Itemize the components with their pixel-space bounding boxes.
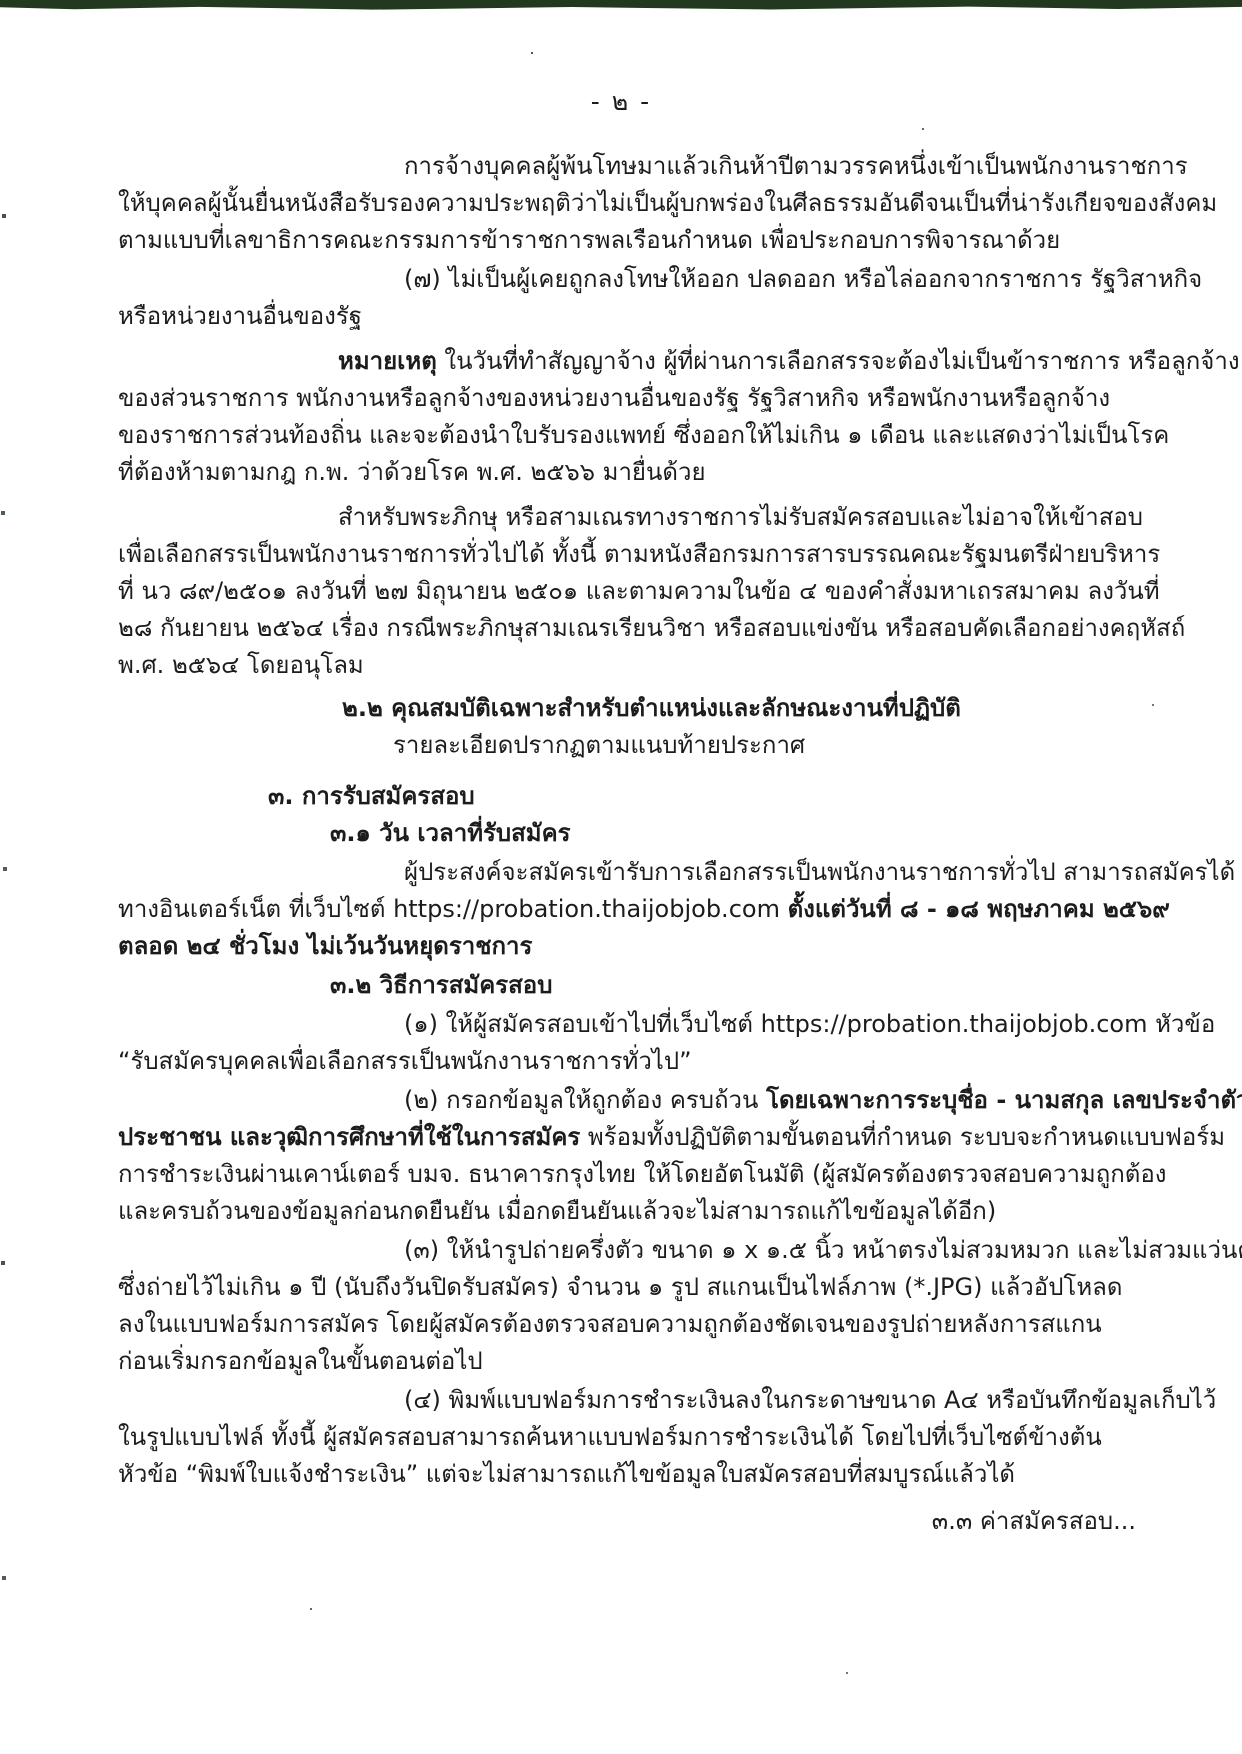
text-line: ผู้ประสงค์จะสมัครเข้ารับการเลือกสรรเป็นพ… (404, 854, 1136, 891)
text-line: การชำระเงินผ่านเคาน์เตอร์ บมจ. ธนาคารกรุ… (118, 1156, 1136, 1193)
scanned-document-page: - ๒ - การจ้างบุคคลผู้พ้นโทษมาแล้วเกินห้า… (0, 0, 1242, 1754)
text-line: หัวข้อ “พิมพ์ใบแจ้งชำระเงิน” แต่จะไม่สาม… (118, 1456, 1136, 1493)
continuation-note: ๓.๓ ค่าสมัครสอบ... (118, 1503, 1136, 1540)
text-line: หมายเหตุ ในวันที่ทำสัญญาจ้าง ผู้ที่ผ่านก… (338, 343, 1136, 380)
text-segment: การชำระเงินผ่านเคาน์เตอร์ บมจ. ธนาคารกรุ… (118, 1160, 1167, 1188)
text-segment: ๒๘ กันยายน ๒๕๖๔ เรื่อง กรณีพระภิกษุสามเณ… (118, 614, 1185, 642)
text-line: (๒) กรอกข้อมูลให้ถูกต้อง ครบถ้วน โดยเฉพา… (404, 1082, 1136, 1119)
text-segment: ทางอินเตอร์เน็ต ที่เว็บไซต์ https://prob… (118, 895, 788, 923)
text-line: เพื่อเลือกสรรเป็นพนักงานราชการทั่วไปได้ … (118, 536, 1136, 573)
text-segment: ในรูปแบบไฟล์ ทั้งนี้ ผู้สมัครสอบสามารถค้… (118, 1423, 1102, 1451)
text-line: สำหรับพระภิกษุ หรือสามเณรทางราชการไม่รับ… (338, 499, 1136, 536)
text-line: (๓) ให้นำรูปถ่ายครึ่งตัว ขนาด ๑ x ๑.๕ นิ… (404, 1232, 1136, 1269)
text-segment: ลงในแบบฟอร์มการสมัคร โดยผู้สมัครต้องตรวจ… (118, 1310, 1102, 1338)
text-segment: ของราชการส่วนท้องถิ่น และจะต้องนำใบรับรอ… (118, 421, 1169, 449)
text-segment: ที่ นว ๘๙/๒๕๐๑ ลงวันที่ ๒๗ มิถุนายน ๒๕๐๑… (118, 577, 1160, 605)
text-line: (๗) ไม่เป็นผู้เคยถูกลงโทษให้ออก ปลดออก ห… (404, 261, 1136, 298)
text-line: ของส่วนราชการ พนักงานหรือลูกจ้างของหน่วย… (118, 380, 1136, 417)
text-line: ให้บุคคลผู้นั้นยื่นหนังสือรับรองความประพ… (118, 185, 1136, 222)
text-segment: (๗) ไม่เป็นผู้เคยถูกลงโทษให้ออก ปลดออก ห… (404, 265, 1202, 293)
text-segment: พ.ศ. ๒๕๖๔ โดยอนุโลม (118, 651, 364, 679)
bold-text-segment: ตั้งแต่วันที่ ๘ - ๑๘ พฤษภาคม ๒๕๖๙ (788, 895, 1170, 923)
text-segment: ในวันที่ทำสัญญาจ้าง ผู้ที่ผ่านการเลือกสร… (437, 347, 1240, 375)
section-heading: ๓.๒ วิธีการสมัครสอบ (330, 967, 1136, 1004)
text-segment: ของส่วนราชการ พนักงานหรือลูกจ้างของหน่วย… (118, 384, 1110, 412)
bold-text-segment: หมายเหตุ (338, 347, 437, 375)
text-segment: “รับสมัครบุคคลเพื่อเลือกสรรเป็นพนักงานรา… (118, 1047, 692, 1075)
text-segment: การจ้างบุคคลผู้พ้นโทษมาแล้วเกินห้าปีตามว… (404, 152, 1188, 180)
text-line: (๔) พิมพ์แบบฟอร์มการชำระเงินลงในกระดาษขน… (404, 1382, 1136, 1419)
text-segment: พร้อมทั้งปฏิบัติตามขั้นตอนที่กำหนด ระบบจ… (580, 1123, 1225, 1151)
text-line: หรือหน่วยงานอื่นของรัฐ (118, 298, 1136, 335)
bold-text-segment: ตลอด ๒๔ ชั่วโมง ไม่เว้นวันหยุดราชการ (118, 932, 532, 960)
text-segment: ก่อนเริ่มกรอกข้อมูลในขั้นตอนต่อไป (118, 1347, 483, 1375)
bold-text-segment: ๓. การรับสมัครสอบ (268, 782, 475, 810)
text-line: ตามแบบที่เลขาธิการคณะกรรมการข้าราชการพลเ… (118, 222, 1136, 259)
text-segment: หรือหน่วยงานอื่นของรัฐ (118, 302, 362, 330)
text-line: ประชาชน และวุฒิการศึกษาที่ใช้ในการสมัคร … (118, 1119, 1136, 1156)
text-segment: ผู้ประสงค์จะสมัครเข้ารับการเลือกสรรเป็นพ… (404, 858, 1235, 886)
text-line: ทางอินเตอร์เน็ต ที่เว็บไซต์ https://prob… (118, 891, 1136, 928)
text-segment: ที่ต้องห้ามตามกฎ ก.พ. ว่าด้วยโรค พ.ศ. ๒๕… (118, 458, 706, 486)
text-segment: ซึ่งถ่ายไว้ไม่เกิน ๑ ปี (นับถึงวันปิดรับ… (118, 1273, 1122, 1301)
text-segment: ให้บุคคลผู้นั้นยื่นหนังสือรับรองความประพ… (118, 189, 1217, 217)
bold-text-segment: โดยเฉพาะการระบุชื่อ - นามสกุล เลขประจำตั… (766, 1086, 1242, 1114)
text-line: ๒๘ กันยายน ๒๕๖๔ เรื่อง กรณีพระภิกษุสามเณ… (118, 610, 1136, 647)
text-line: ตลอด ๒๔ ชั่วโมง ไม่เว้นวันหยุดราชการ (118, 928, 1136, 965)
scanner-edge-artifact (0, 0, 1242, 11)
text-line: ในรูปแบบไฟล์ ทั้งนี้ ผู้สมัครสอบสามารถค้… (118, 1419, 1136, 1456)
text-segment: สำหรับพระภิกษุ หรือสามเณรทางราชการไม่รับ… (338, 503, 1143, 531)
text-line: (๑) ให้ผู้สมัครสอบเข้าไปที่เว็บไซต์ http… (404, 1006, 1136, 1043)
text-segment: หัวข้อ “พิมพ์ใบแจ้งชำระเงิน” แต่จะไม่สาม… (118, 1460, 1015, 1488)
text-line: ซึ่งถ่ายไว้ไม่เกิน ๑ ปี (นับถึงวันปิดรับ… (118, 1269, 1136, 1306)
scan-speckles (0, 0, 2, 2)
text-segment: (๓) ให้นำรูปถ่ายครึ่งตัว ขนาด ๑ x ๑.๕ นิ… (404, 1236, 1242, 1264)
text-segment: ตามแบบที่เลขาธิการคณะกรรมการข้าราชการพลเ… (118, 226, 1060, 254)
text-line: และครบถ้วนของข้อมูลก่อนกดยืนยัน เมื่อกดย… (118, 1193, 1136, 1230)
text-segment: รายละเอียดปรากฏตามแนบท้ายประกาศ (393, 731, 805, 759)
bold-text-segment: ๓.๒ วิธีการสมัครสอบ (330, 971, 552, 999)
text-line: ลงในแบบฟอร์มการสมัคร โดยผู้สมัครต้องตรวจ… (118, 1306, 1136, 1343)
bold-text-segment: ๓.๑ วัน เวลาที่รับสมัคร (330, 819, 571, 847)
section-heading: ๒.๒ คุณสมบัติเฉพาะสำหรับตำแหน่งและลักษณะ… (342, 690, 1136, 727)
text-line: พ.ศ. ๒๕๖๔ โดยอนุโลม (118, 647, 1136, 684)
section-heading: ๓. การรับสมัครสอบ (268, 778, 1136, 815)
bold-text-segment: ประชาชน และวุฒิการศึกษาที่ใช้ในการสมัคร (118, 1123, 580, 1151)
text-line: รายละเอียดปรากฏตามแนบท้ายประกาศ (393, 727, 1136, 764)
text-line: ที่ต้องห้ามตามกฎ ก.พ. ว่าด้วยโรค พ.ศ. ๒๕… (118, 454, 1136, 491)
text-segment: และครบถ้วนของข้อมูลก่อนกดยืนยัน เมื่อกดย… (118, 1197, 996, 1225)
text-segment: (๒) กรอกข้อมูลให้ถูกต้อง ครบถ้วน (404, 1086, 766, 1114)
text-segment: (๑) ให้ผู้สมัครสอบเข้าไปที่เว็บไซต์ http… (404, 1010, 1215, 1038)
bold-text-segment: ๒.๒ คุณสมบัติเฉพาะสำหรับตำแหน่งและลักษณะ… (342, 694, 961, 722)
page-number: - ๒ - (0, 82, 1242, 122)
document-body: การจ้างบุคคลผู้พ้นโทษมาแล้วเกินห้าปีตามว… (118, 148, 1136, 1540)
text-line: ของราชการส่วนท้องถิ่น และจะต้องนำใบรับรอ… (118, 417, 1136, 454)
text-line: ที่ นว ๘๙/๒๕๐๑ ลงวันที่ ๒๗ มิถุนายน ๒๕๐๑… (118, 573, 1136, 610)
text-line: ก่อนเริ่มกรอกข้อมูลในขั้นตอนต่อไป (118, 1343, 1136, 1380)
text-segment: (๔) พิมพ์แบบฟอร์มการชำระเงินลงในกระดาษขน… (404, 1386, 1216, 1414)
section-heading: ๓.๑ วัน เวลาที่รับสมัคร (330, 815, 1136, 852)
text-line: การจ้างบุคคลผู้พ้นโทษมาแล้วเกินห้าปีตามว… (404, 148, 1136, 185)
text-line: “รับสมัครบุคคลเพื่อเลือกสรรเป็นพนักงานรา… (118, 1043, 1136, 1080)
text-segment: เพื่อเลือกสรรเป็นพนักงานราชการทั่วไปได้ … (118, 540, 1160, 568)
